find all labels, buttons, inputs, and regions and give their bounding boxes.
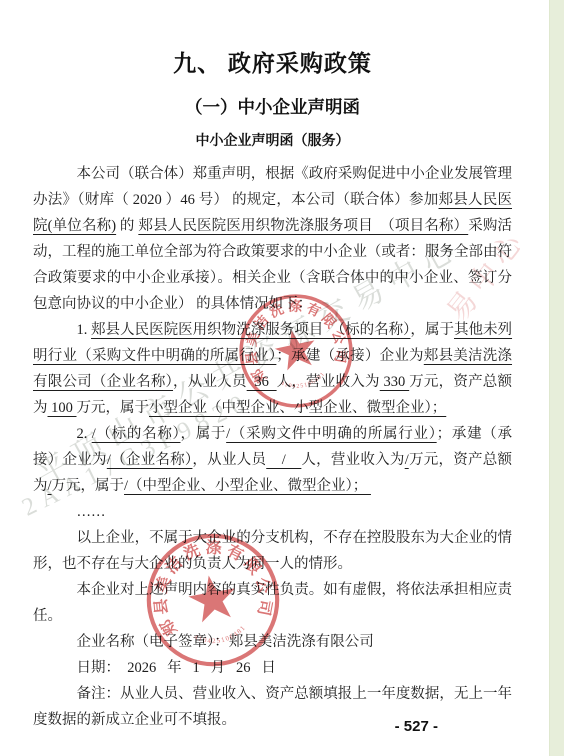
text-segment: 人，营业收入为 [277,374,380,390]
text-segment: 备注：从业人员、营业收入、资产总额填报上一年度数据，无上一年度数据的新成立企业可… [33,686,512,728]
document-page: { "page": { "page_number": "- 527 -", "b… [0,0,564,756]
paragraph: …… [33,499,512,525]
document-body: 本公司（联合体）郑重声明，根据《政府采购促进中小企业发展管理办法》（财库（ 20… [33,161,512,733]
text-segment: 本企业对上述声明内容的真实性负责。如有虚假，将依法承担相应责任。 [33,582,512,624]
paragraph: 企业名称（电子签章）：郏县美洁洗涤有限公司 [33,629,512,655]
page-edge-strip [549,0,564,756]
paragraph: 本公司（联合体）郑重声明，根据《政府采购促进中小企业发展管理办法》（财库（ 20… [33,161,512,317]
document-content: 九、 政府采购政策 （一）中小企业声明函 中小企业声明函（服务） 本公司（联合体… [33,0,512,733]
text-segment: ，属于 [410,322,454,338]
paragraph: 2. /（标的名称），属于/（采购文件中明确的所属行业）；承建（承接）企业为/（… [33,421,512,499]
text-segment: ，从业人员 [173,374,247,390]
text-segment: 1. [77,322,92,338]
filled-blank-text: /（标的名称） [92,426,181,442]
filled-blank-text: 郏县人民医院医用织物洗涤服务项目 （标的名称） [91,322,410,338]
filled-blank-text: 100 [48,400,77,416]
text-segment: 以上企业，不属于大企业的分支机构，不存在控股股东为大企业的情形，也不存在与大企业… [33,530,512,572]
filled-blank-text: /（采购文件中明确的所属行业） [226,426,437,442]
text-segment: 的 [116,218,138,234]
text-segment: ，从业人员 [192,452,266,468]
filled-blank-text: 郏县人民医院医用织物洗涤服务项目 （项目名称） [138,218,468,234]
filled-blank-text: 小型企业（中型企业、小型企业、微型企业）； [149,400,446,416]
filled-blank-text: /（中型企业、小型企业、微型企业）； [124,478,371,494]
text-segment: ；承建（承接）企业为 [276,348,423,364]
section-title: （一）中小企业声明函 [33,94,512,119]
filled-blank-text: / [266,452,301,468]
text-segment: 2. [77,426,92,442]
text-segment: 万元，属于 [52,478,125,494]
paragraph: 备注：从业人员、营业收入、资产总额填报上一年度数据，无上一年度数据的新成立企业可… [33,681,512,733]
paragraph: 以上企业，不属于大企业的分支机构，不存在控股股东为大企业的情形，也不存在与大企业… [33,525,512,577]
filled-blank-text: 330 [380,374,409,390]
filled-blank-text: /（企业名称） [107,452,193,468]
paragraph: 1. 郏县人民医院医用织物洗涤服务项目 （标的名称），属于其他未列明行业（采购文… [33,317,512,421]
text-segment: …… [77,504,106,520]
paragraph: 本企业对上述声明内容的真实性负责。如有虚假，将依法承担相应责任。 [33,577,512,629]
text-segment: ，属于 [181,426,227,442]
text-segment: 日期： 2026 年 1 月 26 日 [77,660,276,676]
page-title: 九、 政府采购政策 [33,45,512,78]
paragraph: 日期： 2026 年 1 月 26 日 [33,655,512,681]
filled-blank-text: 36 [247,374,277,390]
text-segment: 人，营业收入为 [301,452,404,468]
text-segment: 企业名称（电子签章）：郏县美洁洗涤有限公司 [77,634,374,650]
text-segment: 万元，属于 [77,400,150,416]
form-title: 中小企业声明函（服务） [33,130,512,150]
